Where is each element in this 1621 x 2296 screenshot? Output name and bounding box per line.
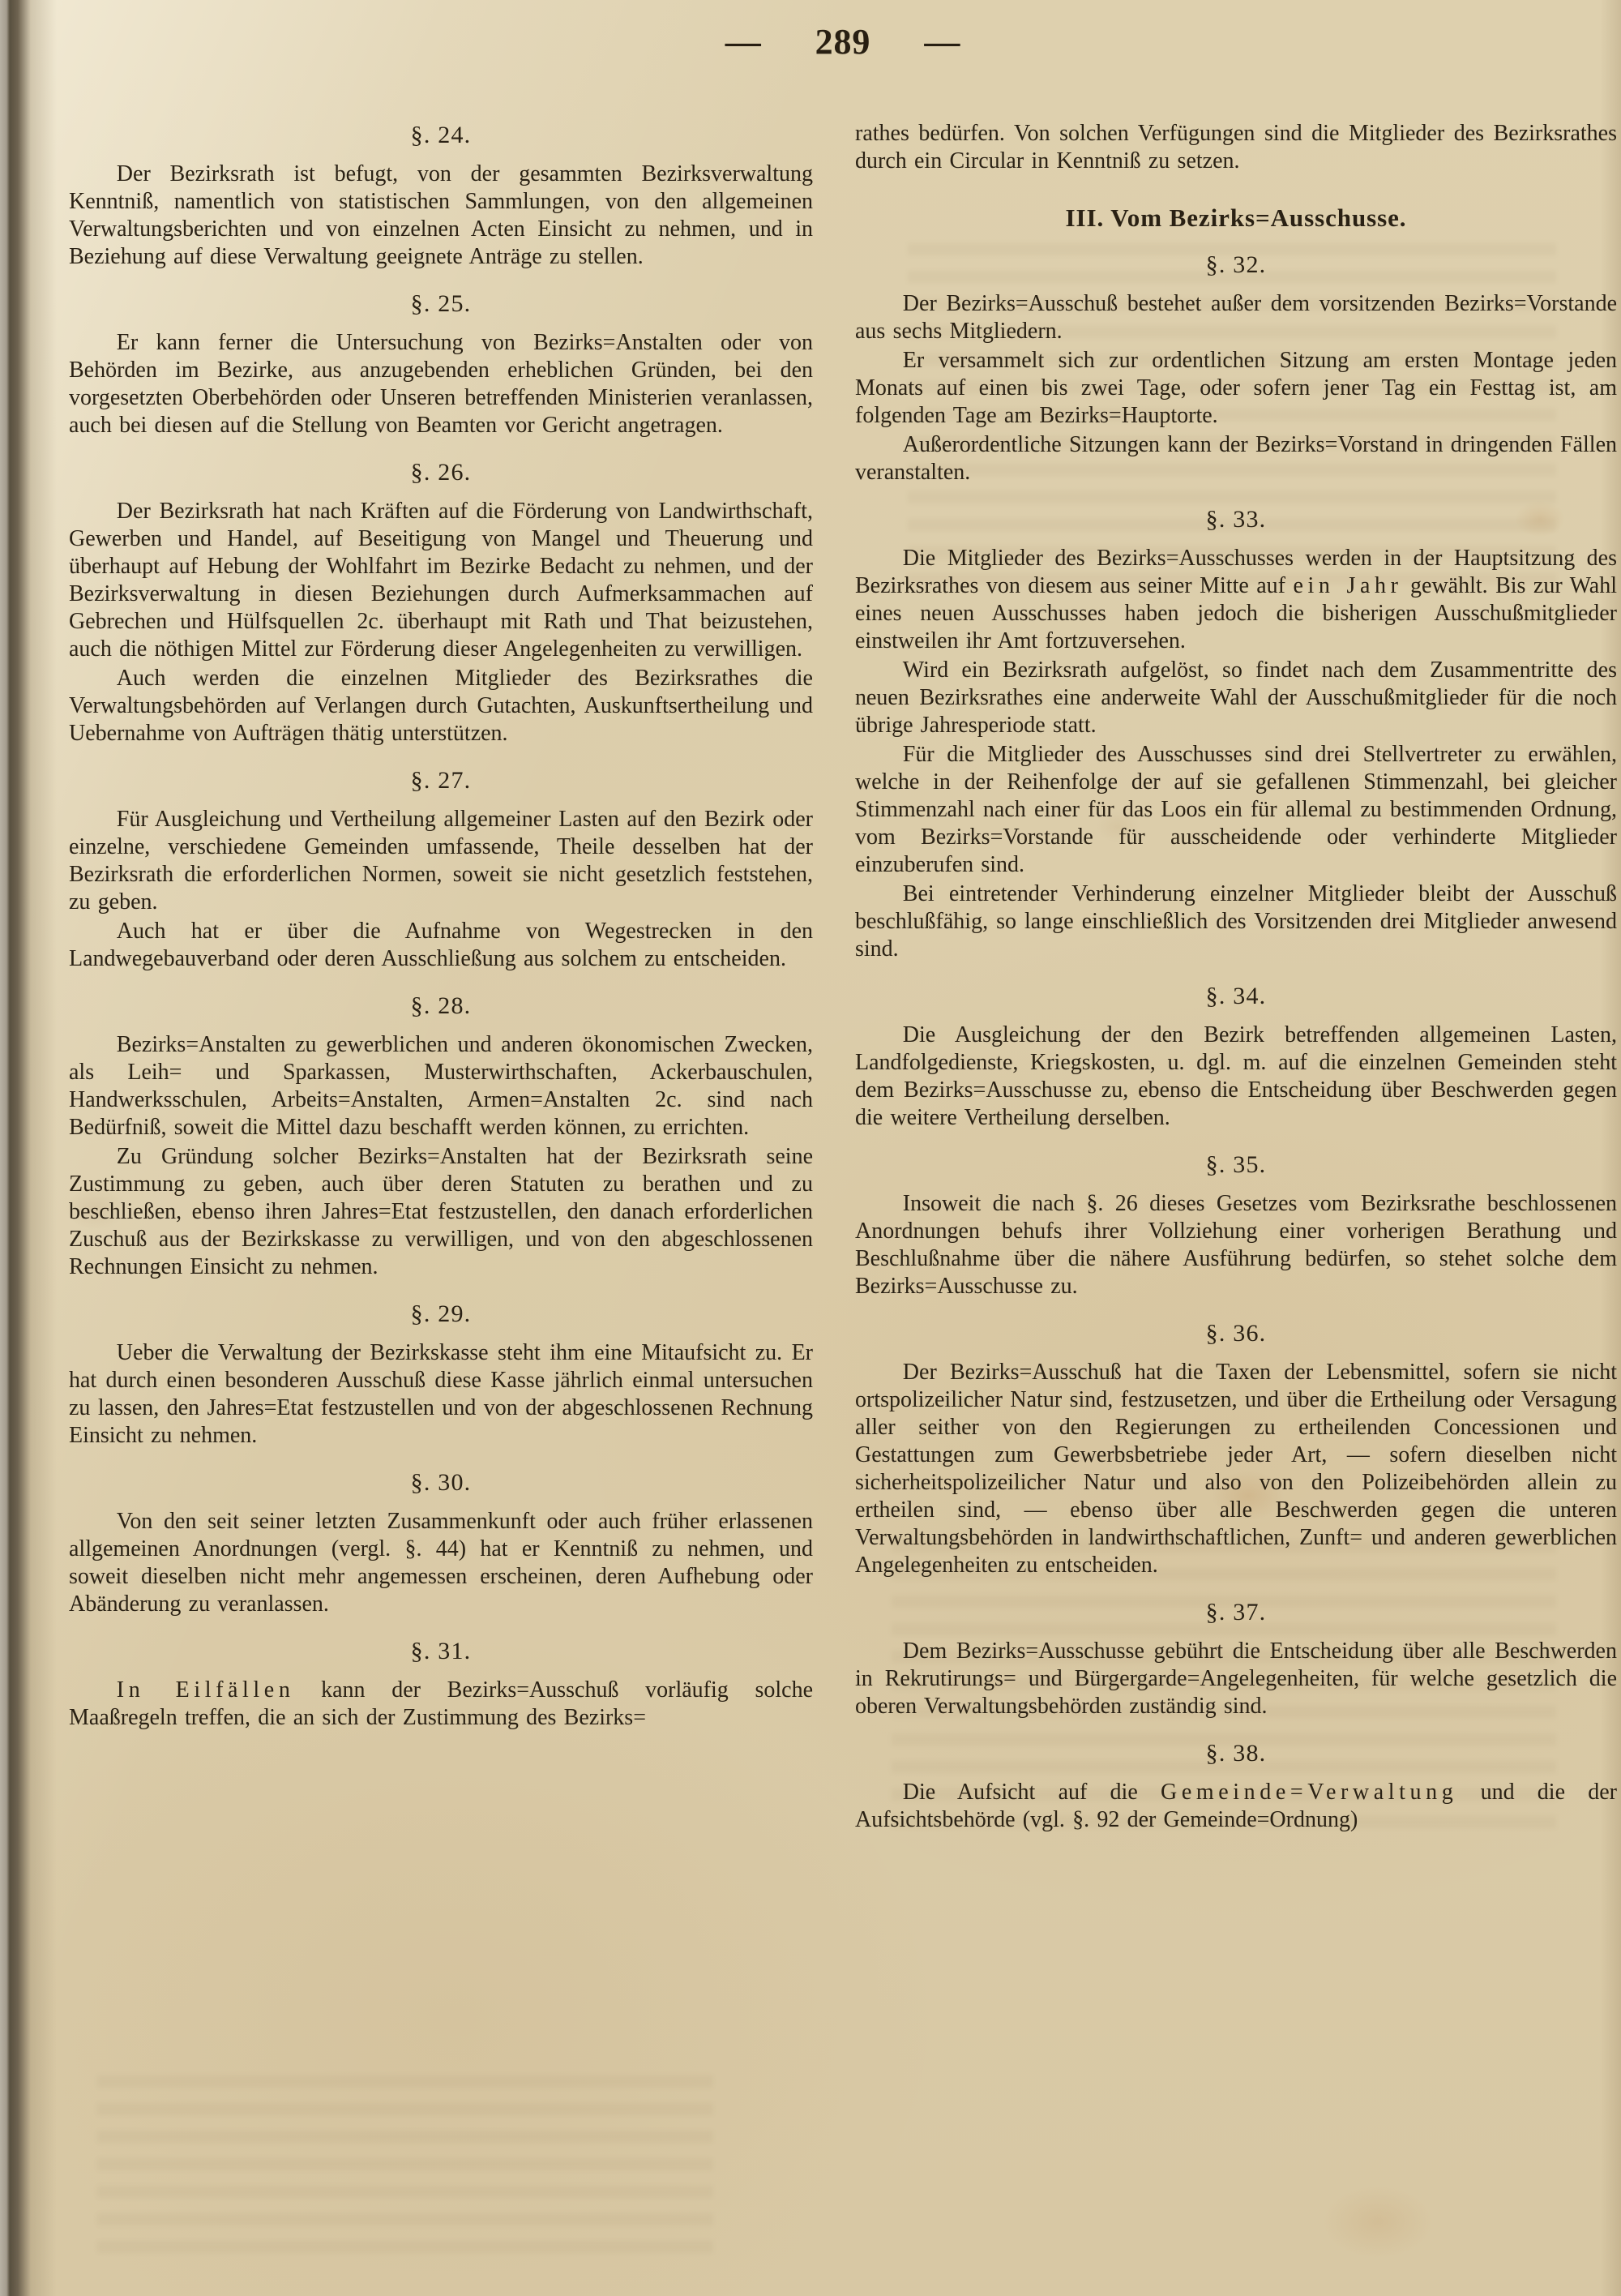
emphasized-text: Gemeinde=Verwaltung [1161, 1780, 1457, 1805]
left-column: §. 24. Der Bezirksrath ist befugt, von d… [69, 120, 813, 1836]
section-heading-27: §. 27. [69, 767, 813, 795]
paragraph: In Eilfällen kann der Bezirks=Ausschuß v… [69, 1677, 813, 1732]
paragraph: Der Bezirks=Ausschuß bestehet außer dem … [855, 290, 1617, 345]
paragraph: Außerordentliche Sitzungen kann der Bezi… [855, 431, 1617, 486]
right-column: rathes bedürfen. Von solchen Verfügungen… [855, 120, 1617, 1836]
paragraph: Von den seit seiner letzten Zusammenkunf… [69, 1508, 813, 1618]
section-heading-25: §. 25. [69, 290, 813, 318]
page-number: 289 [815, 21, 871, 62]
paragraph: Auch hat er über die Aufnahme von Wegest… [69, 918, 813, 973]
emphasized-text: In Eilfällen [117, 1677, 295, 1703]
paragraph: Der Bezirksrath hat nach Kräften auf die… [69, 498, 813, 663]
paragraph: Bei eintretender Verhinderung einzelner … [855, 880, 1617, 963]
ink-bleedthrough [97, 2075, 713, 2254]
paragraph: Der Bezirksrath ist befugt, von der gesa… [69, 161, 813, 271]
paragraph: Bezirks=Anstalten zu gewerblichen und an… [69, 1031, 813, 1142]
book-page: — 289 — §. 24. Der Bezirksrath ist befug… [0, 0, 1621, 2296]
section-heading-36: §. 36. [855, 1320, 1617, 1347]
paragraph-text: Die Aufsicht auf die [903, 1780, 1161, 1805]
continuation-paragraph: rathes bedürfen. Von solchen Verfügungen… [855, 120, 1617, 175]
section-heading-24: §. 24. [69, 122, 813, 149]
page-header: — 289 — [69, 21, 1617, 62]
section-heading-38: §. 38. [855, 1740, 1617, 1767]
section-heading-37: §. 37. [855, 1599, 1617, 1626]
paragraph: Wird ein Bezirksrath aufgelöst, so finde… [855, 657, 1617, 739]
section-heading-26: §. 26. [69, 459, 813, 486]
paragraph: Die Mitglieder des Bezirks=Ausschusses w… [855, 545, 1617, 655]
section-heading-35: §. 35. [855, 1151, 1617, 1179]
paragraph: Insoweit die nach §. 26 dieses Gesetzes … [855, 1190, 1617, 1300]
section-heading-33: §. 33. [855, 506, 1617, 533]
paragraph: Die Ausgleichung der den Bezirk betreffe… [855, 1022, 1617, 1132]
chapter-heading: III. Vom Bezirks=Ausschusse. [855, 204, 1617, 232]
section-heading-34: §. 34. [855, 983, 1617, 1010]
paragraph: Für die Mitglieder des Ausschusses sind … [855, 741, 1617, 879]
page-gutter-shadow [0, 0, 57, 2296]
paragraph: Dem Bezirks=Ausschusse gebührt die Entsc… [855, 1638, 1617, 1720]
section-heading-32: §. 32. [855, 251, 1617, 279]
paragraph: Der Bezirks=Ausschuß hat die Taxen der L… [855, 1359, 1617, 1579]
header-dash-left: — [725, 21, 762, 62]
paragraph: Er versammelt sich zur ordentlichen Sitz… [855, 347, 1617, 430]
header-dash-right: — [924, 21, 960, 62]
paragraph: Er kann ferner die Untersuchung von Bezi… [69, 329, 813, 439]
section-heading-31: §. 31. [69, 1638, 813, 1665]
paragraph: Die Aufsicht auf die Gemeinde=Verwaltung… [855, 1779, 1617, 1834]
paragraph: Für Ausgleichung und Vertheilung allgeme… [69, 806, 813, 916]
section-heading-28: §. 28. [69, 992, 813, 1020]
paragraph: Zu Gründung solcher Bezirks=Anstalten ha… [69, 1143, 813, 1281]
paragraph: Ueber die Verwaltung der Bezirkskasse st… [69, 1339, 813, 1450]
section-heading-30: §. 30. [69, 1469, 813, 1497]
emphasized-text: ein Jahr [1293, 573, 1402, 598]
section-heading-29: §. 29. [69, 1300, 813, 1328]
text-columns: §. 24. Der Bezirksrath ist befugt, von d… [69, 120, 1617, 1836]
paragraph: Auch werden die einzelnen Mitglieder des… [69, 665, 813, 747]
